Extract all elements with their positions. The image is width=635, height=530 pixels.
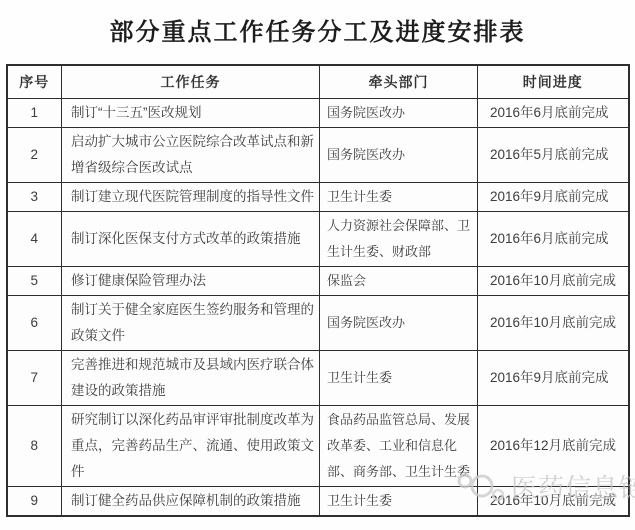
row-number-cell: 5	[7, 267, 62, 296]
column-header-no: 序号	[7, 65, 62, 99]
dept-cell: 食品药品监管总局、发展改革委、工业和信息化部、商务部、卫生计生委	[320, 406, 478, 487]
table-body: 1 制订“十三五”医改规划 国务院医改办 2016年6月底前完成 2 启动扩大城…	[7, 99, 629, 517]
dept-cell: 国务院医改办	[320, 128, 478, 183]
task-cell: 启动扩大城市公立医院综合改革试点和新增省级综合医改试点	[62, 128, 320, 183]
time-cell: 2016年5月底前完成	[478, 128, 629, 183]
row-number-cell: 8	[7, 406, 62, 487]
task-cell: 制订建立现代医院管理制度的指导性文件	[62, 183, 320, 212]
time-cell: 2016年10月底前完成	[478, 487, 629, 517]
row-number-cell: 3	[7, 183, 62, 212]
dept-cell: 国务院医改办	[320, 296, 478, 351]
dept-cell: 卫生计生委	[320, 351, 478, 406]
dept-cell: 国务院医改办	[320, 99, 478, 128]
table-row: 1 制订“十三五”医改规划 国务院医改办 2016年6月底前完成	[7, 99, 629, 128]
column-header-time: 时间进度	[478, 65, 629, 99]
page-title: 部分重点工作任务分工及进度安排表	[0, 0, 635, 54]
time-cell: 2016年10月底前完成	[478, 267, 629, 296]
table-row: 3 制订建立现代医院管理制度的指导性文件 卫生计生委 2016年9月底前完成	[7, 183, 629, 212]
table-header: 序号 工作任务 牵头部门 时间进度	[7, 65, 629, 99]
header-row: 序号 工作任务 牵头部门 时间进度	[7, 65, 629, 99]
time-cell: 2016年6月底前完成	[478, 99, 629, 128]
dept-cell: 卫生计生委	[320, 183, 478, 212]
schedule-table: 序号 工作任务 牵头部门 时间进度 1 制订“十三五”医改规划 国务院医改办 2…	[6, 64, 630, 517]
table-row: 5 修订健康保险管理办法 保监会 2016年10月底前完成	[7, 267, 629, 296]
dept-cell: 卫生计生委	[320, 487, 478, 517]
dept-cell: 人力资源社会保障部、卫生计生委、财政部	[320, 212, 478, 267]
table-row: 9 制订健全药品供应保障机制的政策措施 卫生计生委 2016年10月底前完成	[7, 487, 629, 517]
row-number-cell: 2	[7, 128, 62, 183]
time-cell: 2016年9月底前完成	[478, 183, 629, 212]
row-number-cell: 9	[7, 487, 62, 517]
table-row: 4 制订深化医保支付方式改革的政策措施 人力资源社会保障部、卫生计生委、财政部 …	[7, 212, 629, 267]
task-cell: 制订健全药品供应保障机制的政策措施	[62, 487, 320, 517]
row-number-cell: 1	[7, 99, 62, 128]
page: 部分重点工作任务分工及进度安排表 序号 工作任务 牵头部门 时间进度 1 制订“…	[0, 0, 635, 530]
row-number-cell: 7	[7, 351, 62, 406]
column-header-task: 工作任务	[62, 65, 320, 99]
task-cell: 修订健康保险管理办法	[62, 267, 320, 296]
column-header-dept: 牵头部门	[320, 65, 478, 99]
time-cell: 2016年12月底前完成	[478, 406, 629, 487]
table-row: 7 完善推进和规范城市及县域内医疗联合体建设的政策措施 卫生计生委 2016年9…	[7, 351, 629, 406]
table-row: 2 启动扩大城市公立医院综合改革试点和新增省级综合医改试点 国务院医改办 201…	[7, 128, 629, 183]
dept-cell: 保监会	[320, 267, 478, 296]
time-cell: 2016年9月底前完成	[478, 351, 629, 406]
table-row: 6 制订关于健全家庭医生签约服务和管理的政策文件 国务院医改办 2016年10月…	[7, 296, 629, 351]
row-number-cell: 4	[7, 212, 62, 267]
task-cell: 制订关于健全家庭医生签约服务和管理的政策文件	[62, 296, 320, 351]
table-row: 8 研究制订以深化药品审评审批制度改革为重点，完善药品生产、流通、使用政策文件 …	[7, 406, 629, 487]
row-number-cell: 6	[7, 296, 62, 351]
time-cell: 2016年10月底前完成	[478, 296, 629, 351]
task-cell: 研究制订以深化药品审评审批制度改革为重点，完善药品生产、流通、使用政策文件	[62, 406, 320, 487]
task-cell: 完善推进和规范城市及县域内医疗联合体建设的政策措施	[62, 351, 320, 406]
task-cell: 制订“十三五”医改规划	[62, 99, 320, 128]
task-cell: 制订深化医保支付方式改革的政策措施	[62, 212, 320, 267]
time-cell: 2016年6月底前完成	[478, 212, 629, 267]
